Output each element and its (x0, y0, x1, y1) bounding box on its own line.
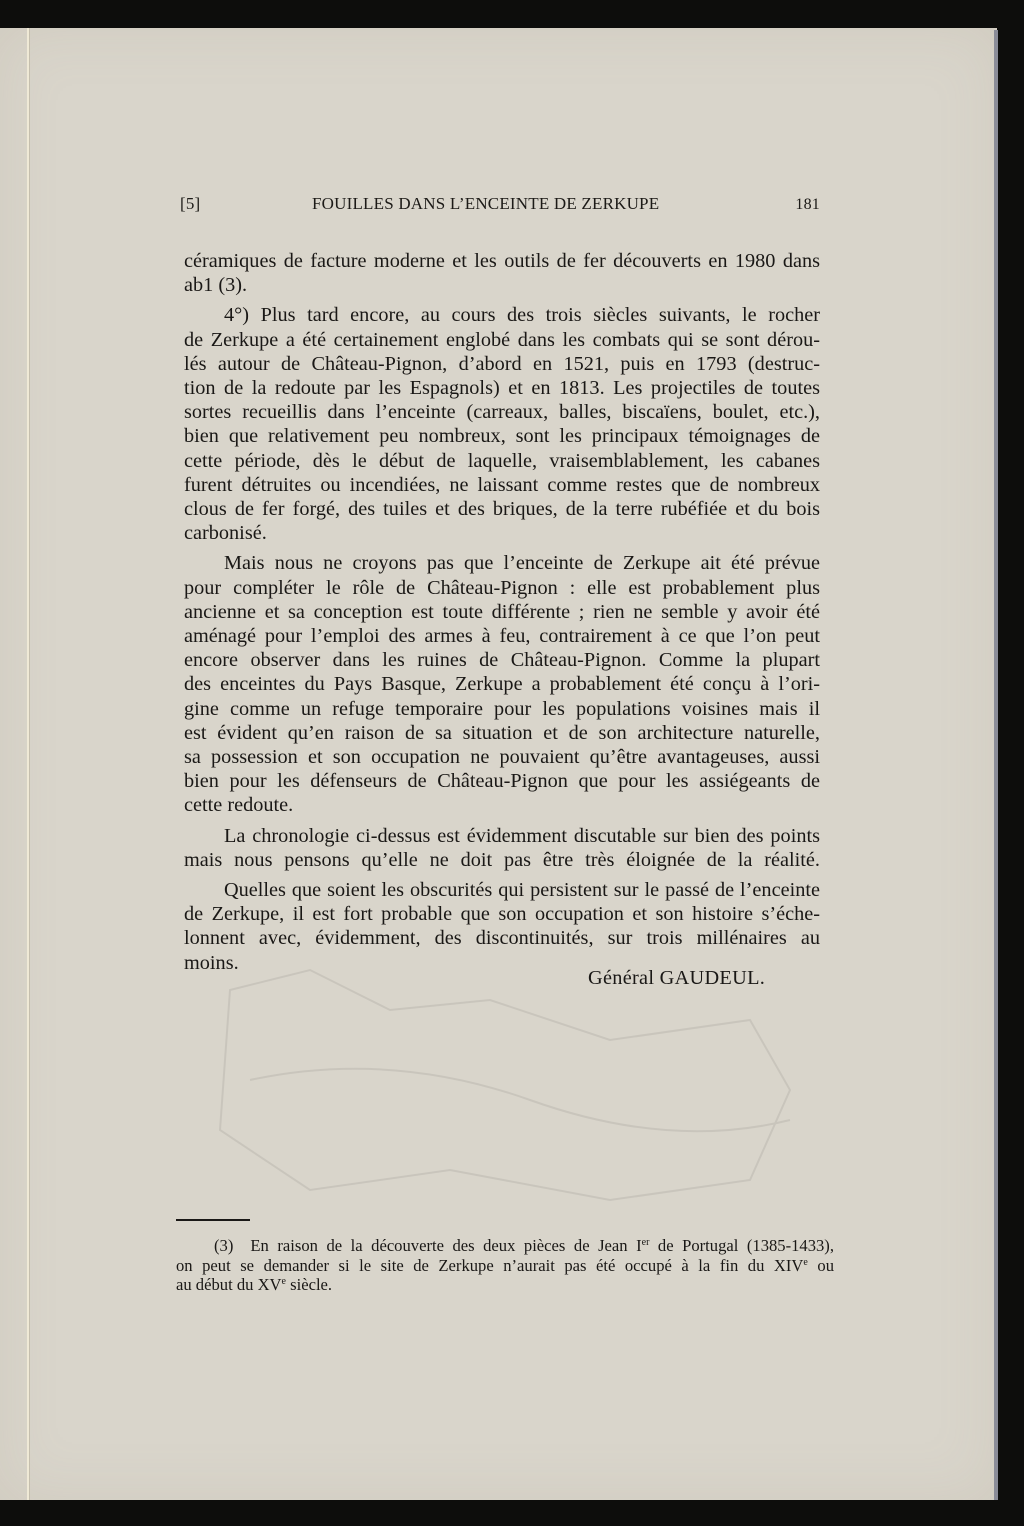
footnote-number: (3) (214, 1236, 233, 1255)
text-line: céramiques de facture moderne et les out… (184, 249, 820, 273)
footnote-text: on peut se demander si le site de Zerkup… (176, 1256, 803, 1275)
text-line: furent détruites ou incendiées, ne laiss… (184, 473, 820, 497)
text-line: mais nous pensons qu’elle ne doit pas êt… (184, 848, 820, 872)
text-line: de Zerkupe, il est fort probable que son… (184, 902, 820, 926)
text-line: ab1 (3). (184, 273, 820, 297)
text-line: ancienne et sa conception est toute diff… (184, 600, 820, 624)
page-edge-right (994, 30, 998, 1500)
text-line: gine comme un refuge temporaire pour les… (184, 697, 820, 721)
text-line: clous de fer forgé, des tuiles et des br… (184, 497, 820, 521)
running-title: FOUILLES DANS L’ENCEINTE DE ZERKUPE (312, 194, 659, 214)
running-head: [5] FOUILLES DANS L’ENCEINTE DE ZERKUPE … (180, 194, 820, 218)
page-gutter (27, 28, 30, 1500)
footnote-line: (3) En raison de la découverte des deux … (176, 1236, 834, 1256)
paragraph-5: Quelles que soient les obscurités qui pe… (184, 878, 820, 975)
footnote-3: (3) En raison de la découverte des deux … (176, 1236, 834, 1295)
footnote-text: siècle. (286, 1275, 332, 1294)
footnote-text: de Portugal (1385-1433), (649, 1236, 834, 1255)
page-number: 181 (795, 196, 820, 214)
text-line: de Zerkupe a été certainement englobé da… (184, 328, 820, 352)
paragraph-4: La chronologie ci-dessus est évidemment … (184, 824, 820, 872)
footnote-line: on peut se demander si le site de Zerkup… (176, 1256, 834, 1276)
paragraph-1: céramiques de facture moderne et les out… (184, 249, 820, 297)
text-line: des enceintes du Pays Basque, Zerkupe a … (184, 672, 820, 696)
footnote-line: au début du XVe siècle. (176, 1275, 834, 1295)
section-marker: [5] (180, 194, 200, 214)
body-text: céramiques de facture moderne et les out… (184, 249, 820, 981)
footnote-text: au début du XV (176, 1275, 282, 1294)
paragraph-2: 4°) Plus tard encore, au cours des trois… (184, 303, 820, 545)
footnote-text: ou (808, 1256, 834, 1275)
text-line: lonnent avec, évidemment, des discontinu… (184, 926, 820, 950)
text-line: Quelles que soient les obscurités qui pe… (184, 878, 820, 902)
text-line: cette période, dès le début de laquelle,… (184, 449, 820, 473)
text-line: 4°) Plus tard encore, au cours des trois… (184, 303, 820, 327)
text-line: La chronologie ci-dessus est évidemment … (184, 824, 820, 848)
text-line: lés autour de Château-Pignon, d’abord en… (184, 352, 820, 376)
text-line: encore observer dans les ruines de Châte… (184, 648, 820, 672)
text-line: est évident qu’en raison de sa situation… (184, 721, 820, 745)
text-line: Mais nous ne croyons pas que l’enceinte … (184, 551, 820, 575)
text-line: pour compléter le rôle de Château-Pignon… (184, 576, 820, 600)
text-line: cette redoute. (184, 793, 820, 817)
text-line: sortes recueillis dans l’enceinte (carre… (184, 400, 820, 424)
text-line: sa possession et son occupation ne pouva… (184, 745, 820, 769)
text-line: bien que relativement peu nombreux, sont… (184, 424, 820, 448)
text-line: aménagé pour l’emploi des armes à feu, c… (184, 624, 820, 648)
text-line: tion de la redoute par les Espagnols) et… (184, 376, 820, 400)
text-line: bien pour les défenseurs de Château-Pign… (184, 769, 820, 793)
paragraph-3: Mais nous ne croyons pas que l’enceinte … (184, 551, 820, 817)
footnote-text: En raison de la découverte des deux pièc… (250, 1236, 641, 1255)
text-line: carbonisé. (184, 521, 820, 545)
footnote-rule (176, 1219, 250, 1221)
author-signature: Général GAUDEUL. (588, 967, 765, 990)
